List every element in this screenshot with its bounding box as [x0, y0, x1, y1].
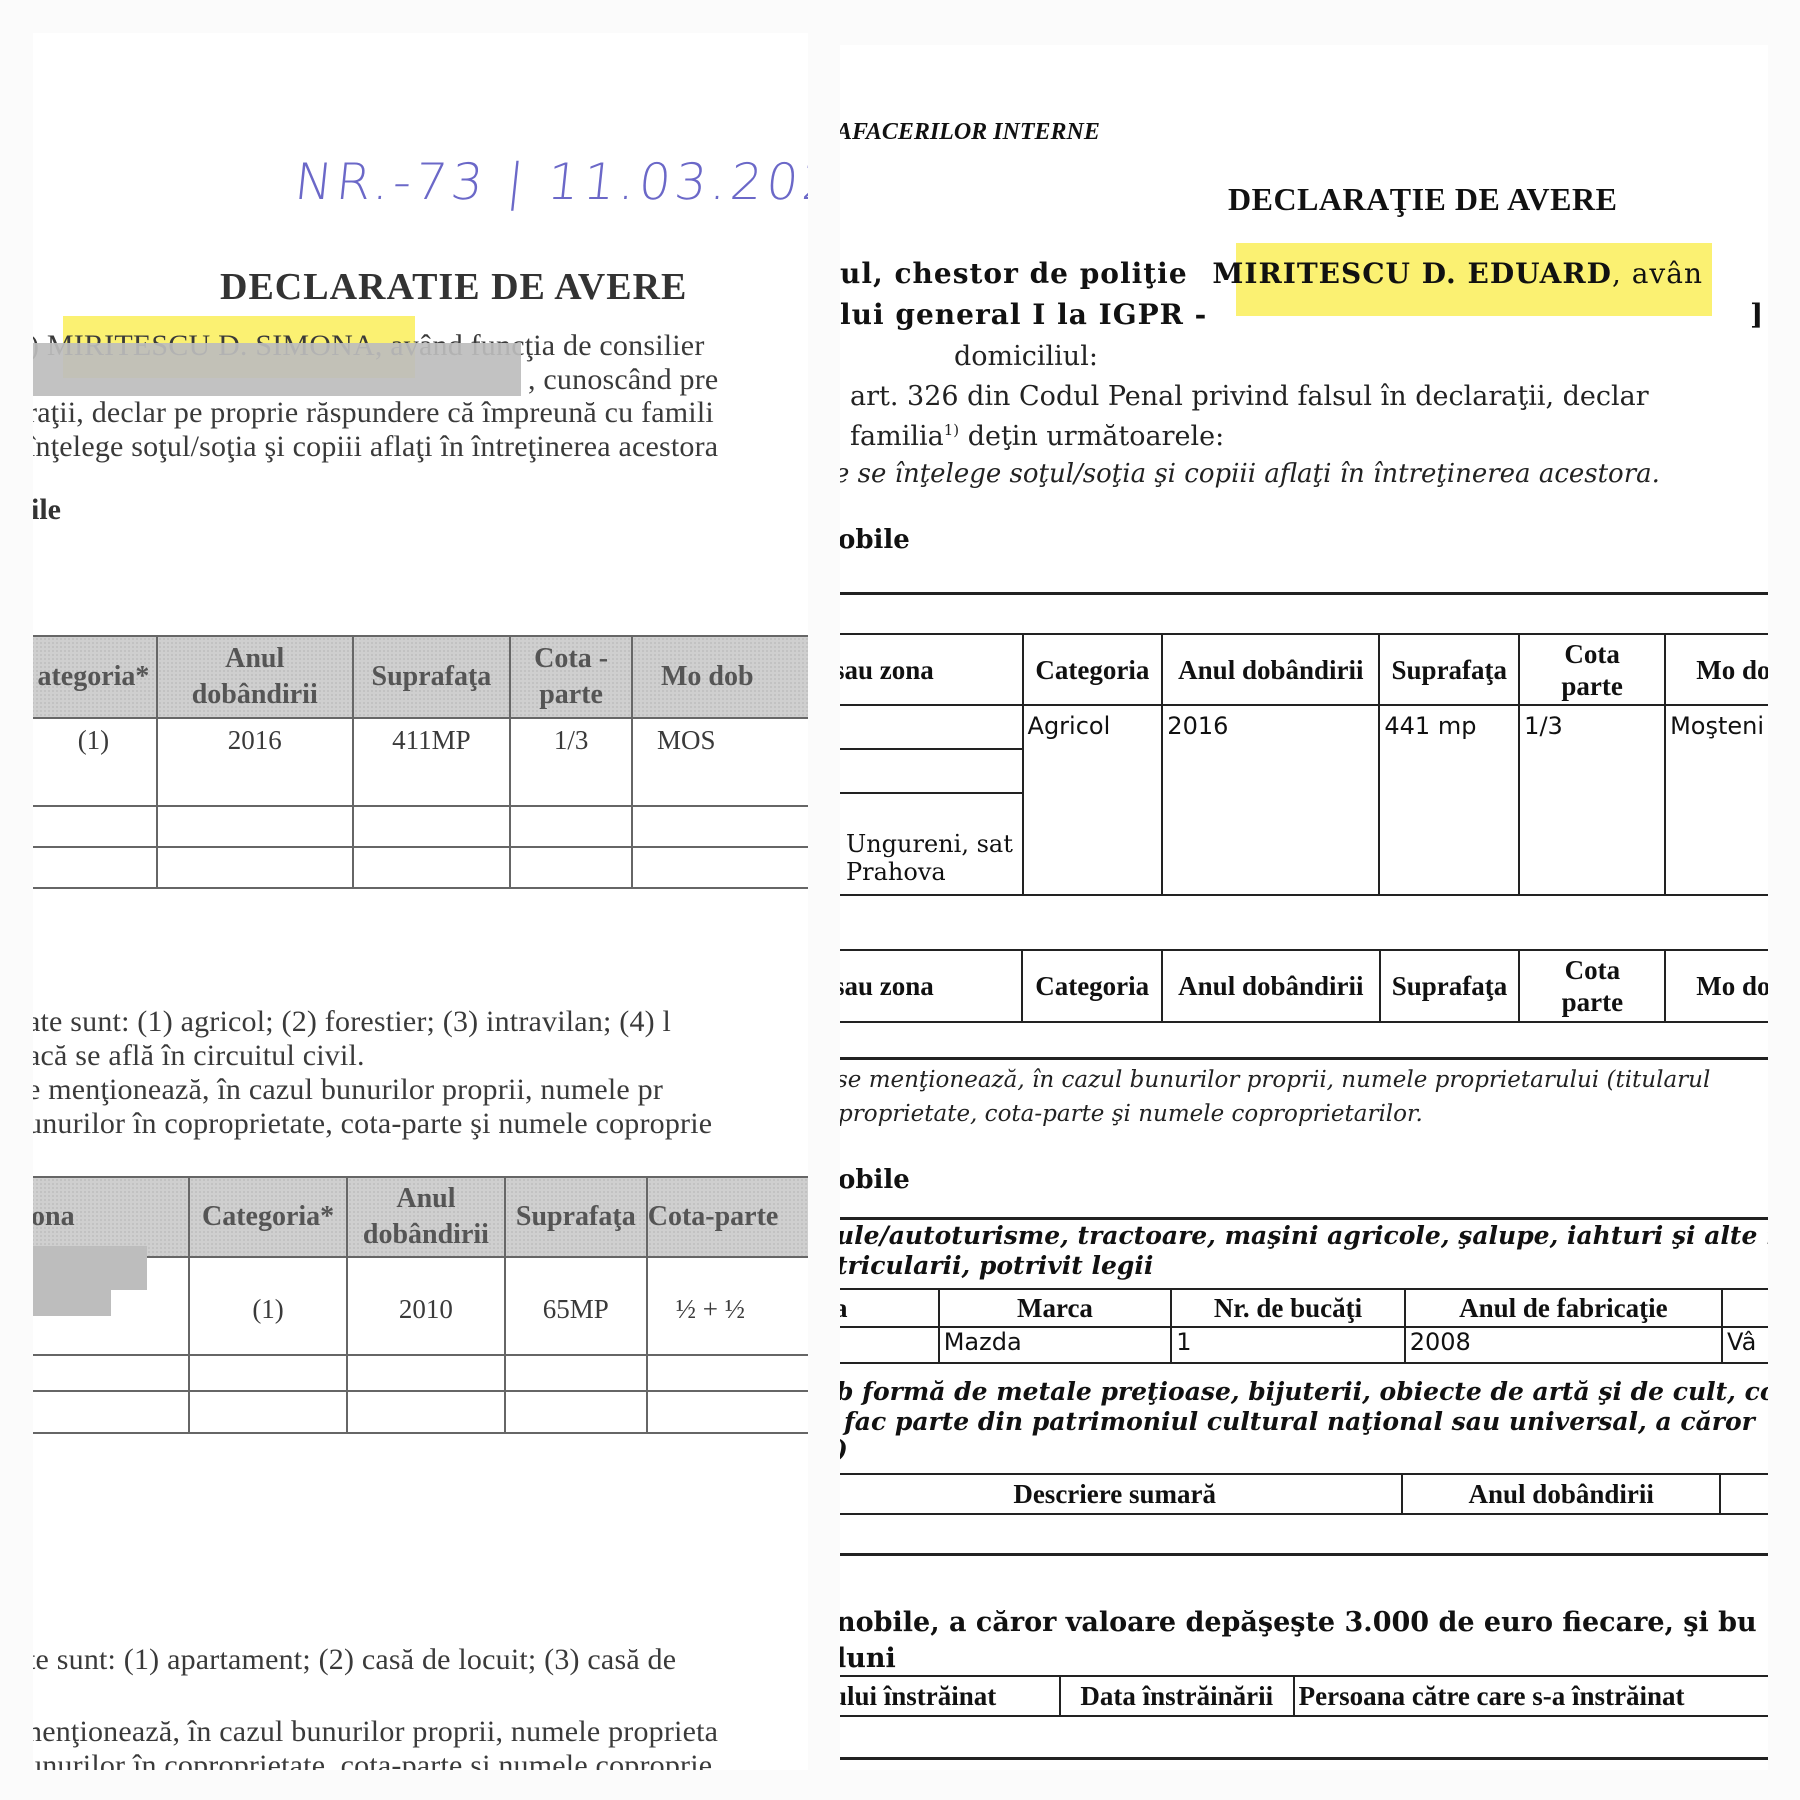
cell-quantity: 1 — [1171, 1327, 1404, 1363]
column-header: ategoria* — [33, 636, 157, 718]
redaction-block — [33, 343, 521, 396]
land-footnote-1: ate sunt: (1) agricol; (2) forestier; (3… — [33, 1005, 671, 1039]
valuables-table: Descriere sumară Anul dobândirii — [840, 1473, 1768, 1515]
column-header: Cota - parte — [510, 636, 632, 718]
column-header: Mo dob — [632, 636, 808, 718]
left-page-title: DECLARATIE DE AVERE — [220, 265, 687, 309]
valuables-caption-1: b formă de metale preţioase, bijuterii, … — [840, 1377, 1768, 1406]
column-header: ului înstrăinat — [840, 1676, 1060, 1716]
right-land-table: sau zona Categoria Anul dobândirii Supra… — [840, 633, 1768, 896]
cell-location — [840, 749, 1023, 793]
table-row — [33, 847, 808, 888]
building-footnote-1: te sunt: (1) apartament; (2) casă de loc… — [33, 1643, 676, 1677]
column-header: ona — [33, 1177, 189, 1257]
column-header: Anul de fabricaţie — [1405, 1289, 1722, 1327]
land-footnote-3: e menţionează, în cazul bunurilor propri… — [33, 1073, 663, 1107]
intro-line-6: e se înţelege soţul/soţia şi copiii afla… — [840, 459, 1660, 489]
cell-category: (1) — [189, 1257, 347, 1355]
table-row: Mazda 1 2008 Vâ — [840, 1327, 1768, 1363]
column-header: Suprafaţa — [1379, 634, 1519, 705]
column-header: Suprafaţa — [1380, 950, 1520, 1022]
ministry-header: AFACERILOR INTERNE — [840, 119, 1100, 146]
cell-year: 2016 — [157, 718, 353, 806]
column-header: Descriere sumară — [840, 1474, 1402, 1514]
column-header: Mo dol — [1665, 950, 1768, 1022]
vehicles-caption-1: ule/autoturisme, tractoare, maşini agric… — [840, 1221, 1768, 1250]
declarant-name: MIRITESCU D. EDUARD — [1212, 257, 1612, 290]
section-heading-immobile: ile — [33, 493, 61, 527]
intro-line-2-end: ] — [1750, 298, 1764, 331]
column-header: sau zona — [840, 950, 1022, 1022]
column-header: Anul dobândirii — [1402, 1474, 1720, 1514]
domicile-label: domiciliul: — [954, 341, 1098, 372]
divider — [840, 1217, 1768, 1220]
table-row: Agricol 2016 441 mp 1/3 Moşteni — [840, 705, 1768, 749]
column-header: Anul dobândirii — [1162, 950, 1379, 1022]
intro-line-2: , cunoscând pre — [528, 363, 718, 397]
column-header: Suprafaţa — [505, 1177, 647, 1257]
footnote-line-1: se menţionează, în cazul bunurilor propr… — [840, 1067, 1710, 1093]
column-header: a — [840, 1289, 939, 1327]
intro-suffix: , avân — [1612, 257, 1703, 290]
alienated-caption-1: nobile, a căror valoare depăşeşte 3.000 … — [840, 1607, 1757, 1638]
left-land-table: ategoria* Anul dobândirii Suprafaţa Cota… — [33, 635, 808, 889]
cell-share: 1/3 — [510, 718, 632, 806]
family-text: familia — [850, 421, 944, 452]
column-header: Cota-parte — [647, 1177, 808, 1257]
left-building-table: ona Categoria* Anul dobândirii Suprafaţa… — [33, 1176, 808, 1434]
column-header: Cota parte — [1519, 950, 1665, 1022]
intro-line-3: raţii, declar pe proprie răspundere că î… — [33, 396, 714, 430]
table-row — [33, 1391, 808, 1433]
divider — [840, 1757, 1768, 1760]
cell-surface: 411MP — [353, 718, 511, 806]
right-declaration-page: AFACERILOR INTERNE DECLARAŢIE DE AVERE u… — [840, 45, 1768, 1770]
intro-line-4: înţelege soţul/soţia şi copiii aflaţi în… — [33, 430, 718, 464]
land-footnote-4: unurilor în coproprietate, cota-parte şi… — [33, 1107, 712, 1141]
column-header: Marca — [939, 1289, 1172, 1327]
cell-category: Agricol — [1023, 705, 1163, 895]
column-header: sau zona — [840, 634, 1023, 705]
cell-year: 2008 — [1405, 1327, 1722, 1363]
handwritten-registration-number: NR.-73 | 11.03.2021. — [292, 153, 808, 211]
intro-line-2: lui general I la IGPR - — [840, 298, 1207, 331]
divider — [840, 1553, 1768, 1556]
left-declaration-page: NR.-73 | 11.03.2021. DECLARATIE DE AVERE… — [33, 33, 808, 1770]
location-line-1: Ungureni, sat — [846, 830, 1018, 858]
cell-location: Ungureni, sat Prahova — [840, 793, 1023, 895]
alienated-goods-table: ului înstrăinat Data înstrăinării Persoa… — [840, 1675, 1768, 1717]
valuables-caption-3: ) — [840, 1435, 848, 1464]
cell-mode: MOS — [632, 718, 808, 806]
column-header — [1720, 1474, 1768, 1514]
cell-location — [840, 705, 1023, 749]
cell-surface: 65MP — [505, 1257, 647, 1355]
column-header: Nr. de bucăţi — [1171, 1289, 1404, 1327]
valuables-caption-2: fac parte din patrimoniul cultural naţio… — [844, 1407, 1755, 1436]
footnote-marker: 1) — [944, 421, 959, 439]
intro-line-5: familia1) deţin următoarele: — [850, 421, 1224, 452]
intro-line-4: art. 326 din Codul Penal privind falsul … — [850, 381, 1649, 412]
table-row: (1) 2010 65MP ½ + ½ — [33, 1257, 808, 1355]
location-line-2: Prahova — [846, 858, 1018, 886]
section-heading-mobile: obile — [840, 1165, 910, 1195]
alienated-caption-2: luni — [840, 1643, 896, 1674]
cell-year: 2010 — [347, 1257, 505, 1355]
cell-year: 2016 — [1162, 705, 1379, 895]
cell-share: ½ + ½ — [647, 1257, 808, 1355]
cell-brand: Mazda — [939, 1327, 1172, 1363]
column-header: Anul dobândirii — [157, 636, 353, 718]
column-header: Anul dobândirii — [1162, 634, 1379, 705]
building-footnote-2: nenţionează, în cazul bunurilor proprii,… — [33, 1715, 718, 1749]
holdings-text: deţin următoarele: — [959, 421, 1224, 452]
column-header: Categoria* — [189, 1177, 347, 1257]
column-header: Mo dol — [1665, 634, 1768, 705]
table-row — [33, 806, 808, 847]
redaction-block — [33, 1288, 111, 1316]
column-header: Categoria — [1023, 634, 1163, 705]
cell-type — [840, 1327, 939, 1363]
column-header: Cota parte — [1519, 634, 1665, 705]
divider — [840, 1057, 1768, 1060]
section-heading-immobile: obile — [840, 525, 910, 555]
divider — [840, 592, 1768, 595]
cell-surface: 441 mp — [1379, 705, 1519, 895]
land-footnote-2: acă se află în circuitul civil. — [33, 1039, 365, 1073]
table-row: (1) 2016 411MP 1/3 MOS — [33, 718, 808, 806]
column-header: Persoana către care s-a înstrăinat — [1294, 1676, 1768, 1716]
column-header: Suprafaţa — [353, 636, 511, 718]
cell-mode: Vâ — [1722, 1327, 1768, 1363]
column-header: Data înstrăinării — [1060, 1676, 1294, 1716]
right-building-table: sau zona Categoria Anul dobândirii Supra… — [840, 949, 1768, 1023]
column-header: Anul dobândirii — [347, 1177, 505, 1257]
building-footnote-3: unurilor în coproprietate, cota-parte şi… — [33, 1749, 712, 1770]
vehicles-table: a Marca Nr. de bucăţi Anul de fabricaţie… — [840, 1288, 1768, 1364]
cell-share: 1/3 — [1519, 705, 1665, 895]
rank-text: ul, chestor de poliţie — [840, 257, 1188, 290]
footnote-line-2: proprietate, cota-parte şi numele coprop… — [840, 1101, 1423, 1127]
table-row — [33, 1355, 808, 1391]
intro-line-1: ul, chestor de poliţie MIRITESCU D. EDUA… — [840, 257, 1703, 290]
cell-category: (1) — [33, 718, 157, 806]
column-header: Categoria — [1022, 950, 1162, 1022]
cell-mode: Moşteni — [1665, 705, 1768, 895]
column-header — [1722, 1289, 1768, 1327]
right-page-title: DECLARAŢIE DE AVERE — [1228, 181, 1617, 218]
cell-address-redacted — [33, 1257, 189, 1355]
vehicles-caption-2: tricularii, potrivit legii — [840, 1251, 1153, 1280]
redaction-block — [33, 1246, 147, 1290]
